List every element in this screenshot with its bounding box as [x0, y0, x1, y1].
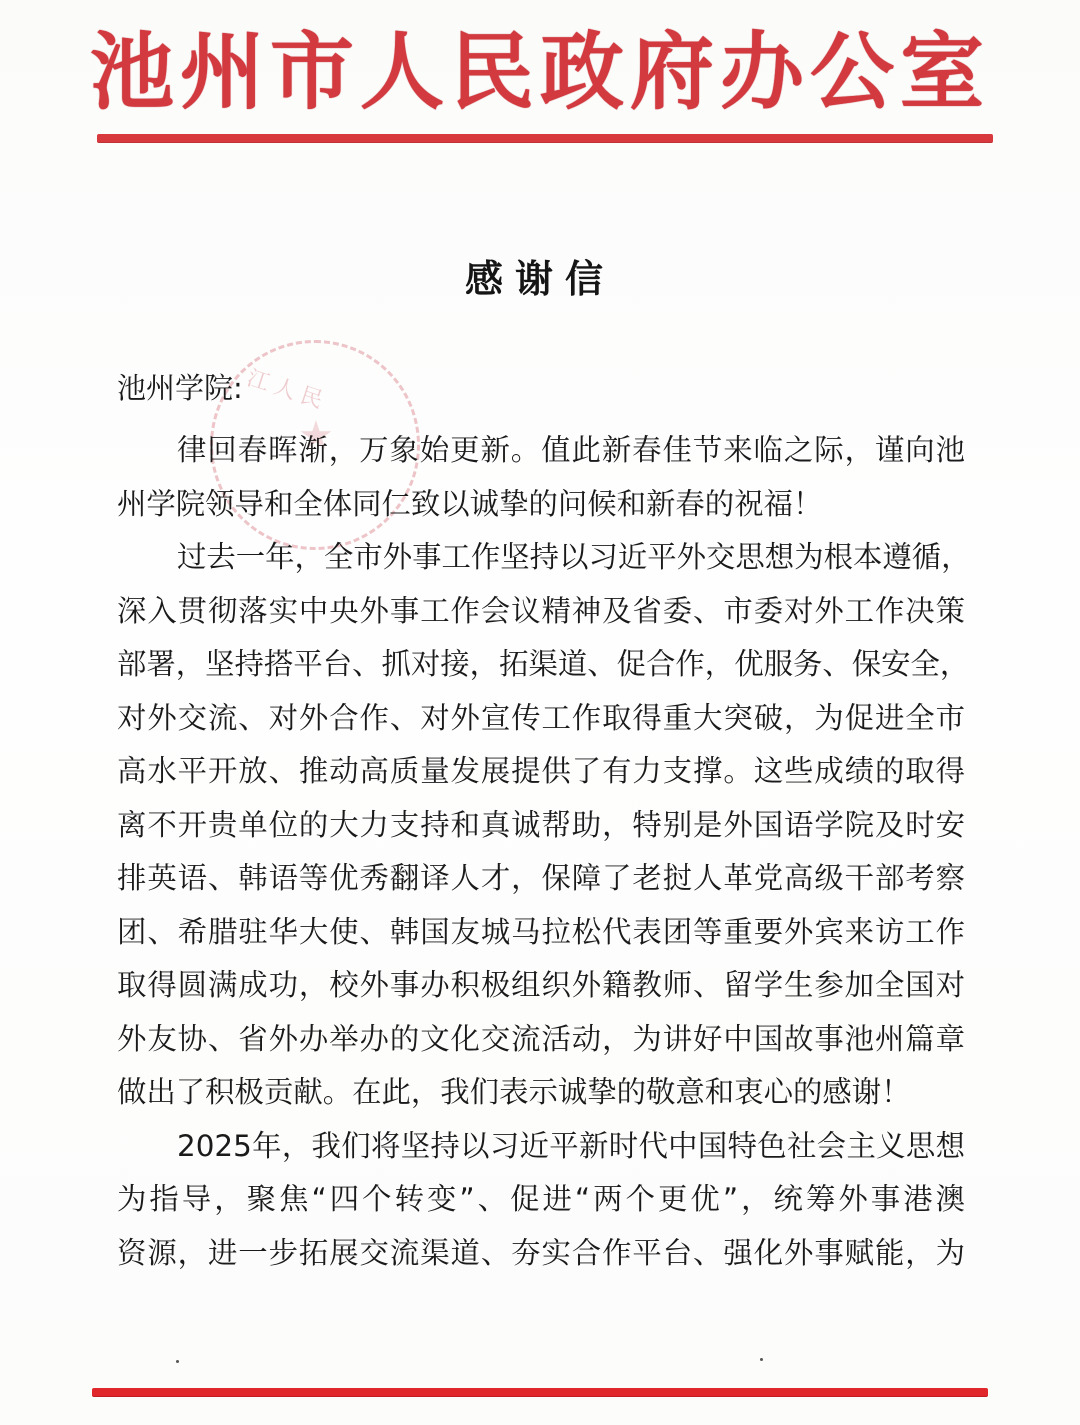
paragraph-3-line-1: 2025年，我们将坚持以习近平新时代中国特色社会主义思想: [117, 1120, 965, 1174]
paragraph-2-line-3: 部署，坚持搭平台、抓对接，拓渠道、促合作，优服务、保安全，: [117, 638, 965, 692]
document-title: 感谢信: [0, 248, 1080, 303]
paragraph-2-line-11: 做出了积极贡献。在此，我们表示诚挚的敬意和衷心的感谢！: [117, 1066, 965, 1120]
paragraph-2-line-7: 排英语、韩语等优秀翻译人才，保障了老挝人革党高级干部考察: [117, 852, 965, 906]
paragraph-3-line-2: 为指导，聚焦“四个转变”、促进“两个更优”，统筹外事港澳: [117, 1173, 965, 1227]
letterhead-red-rule: [97, 134, 993, 142]
paragraph-3-line-3: 资源，进一步拓展交流渠道、夯实合作平台、强化外事赋能，为: [117, 1227, 965, 1281]
letter-page: 池州市人民政府办公室 感谢信 江人民 ★ 池州学院: 律回春晖渐，万象始更新。值…: [0, 0, 1080, 1425]
paragraph-2-line-4: 对外交流、对外合作、对外宣传工作取得重大突破，为促进全市: [117, 692, 965, 746]
letterhead-title: 池州市人民政府办公室: [0, 22, 1080, 122]
letter-body: 律回春晖渐，万象始更新。值此新春佳节来临之际，谨向池 州学院领导和全体同仁致以诚…: [117, 424, 965, 1280]
seal-text: 江人民: [243, 361, 332, 416]
paragraph-2-line-10: 外友协、省外办举办的文化交流活动，为讲好中国故事池州篇章: [117, 1013, 965, 1067]
paragraph-2-line-8: 团、希腊驻华大使、韩国友城马拉松代表团等重要外宾来访工作: [117, 906, 965, 960]
paragraph-2-line-1: 过去一年，全市外事工作坚持以习近平外交思想为根本遵循，: [117, 531, 965, 585]
paragraph-1-line-2: 州学院领导和全体同仁致以诚挚的问候和新春的祝福！: [117, 478, 965, 532]
scan-speck: [176, 1360, 179, 1363]
paragraph-2-line-6: 离不开贵单位的大力支持和真诚帮助，特别是外国语学院及时安: [117, 799, 965, 853]
paragraph-2-line-2: 深入贯彻落实中央外事工作会议精神及省委、市委对外工作决策: [117, 585, 965, 639]
paragraph-2-line-5: 高水平开放、推动高质量发展提供了有力支撑。这些成绩的取得: [117, 745, 965, 799]
salutation: 池州学院:: [117, 366, 243, 407]
scan-speck: [760, 1358, 763, 1361]
paragraph-2-line-9: 取得圆满成功，校外事办积极组织外籍教师、留学生参加全国对: [117, 959, 965, 1013]
footer-red-rule: [92, 1388, 988, 1396]
paragraph-1-line-1: 律回春晖渐，万象始更新。值此新春佳节来临之际，谨向池: [117, 424, 965, 478]
